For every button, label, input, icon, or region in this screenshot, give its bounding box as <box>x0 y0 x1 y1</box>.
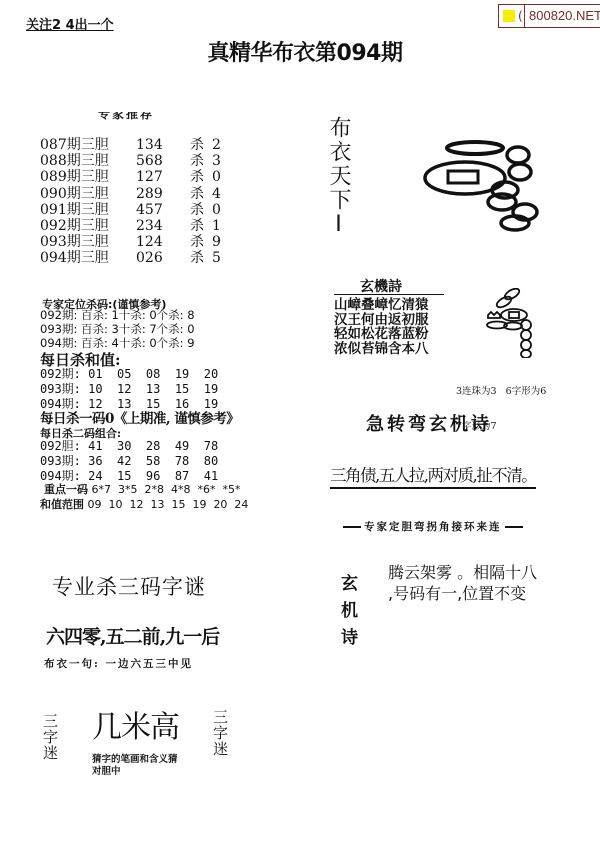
daily-two-row: 092胆: 41 30 28 49 78 <box>40 439 218 454</box>
buyi-vertical-title: 布衣天下I <box>326 116 350 239</box>
dan-row: 088期三胆568杀3 <box>40 153 221 169</box>
daily-sum-row: 093期: 10 12 13 15 19 <box>40 382 218 397</box>
dash-divider <box>343 526 361 528</box>
riddle-text: 六四零,五二前,九一后 <box>46 622 219 649</box>
right-vertical-label: 三字迷 <box>212 709 228 757</box>
xuanji-vertical-title: 玄机诗 <box>336 574 358 655</box>
poem-divider <box>334 294 444 295</box>
daily-sum-row: 092期: 01 05 08 19 20 <box>40 367 218 382</box>
sum-range: 和值范围 09 10 12 13 15 19 20 24 <box>40 496 248 512</box>
daily-sum-kill-list: 092期: 01 05 08 19 20 093期: 10 12 13 15 1… <box>40 367 218 412</box>
dan-row: 093期三胆124杀9 <box>40 234 221 250</box>
site-url[interactable]: 800820.NET <box>524 5 600 27</box>
kill-position-row: 092期: 百杀: 1十杀: 0个杀: 8 <box>40 308 195 322</box>
poem-line: 浓似苔锦含本八 <box>334 342 429 357</box>
poem-line: 山嶂叠嶂忆清猿 <box>334 298 429 313</box>
three-dan-list: 087期三胆134杀2 088期三胆568杀3 089期三胆127杀0 090期… <box>40 137 221 267</box>
daily-one-kill: 每日杀一码0《上期准, 谨慎参考》 <box>40 407 239 427</box>
poem-title: 玄機詩 <box>360 276 402 296</box>
kill-position-row: 094期: 百杀: 4十杀: 0个杀: 9 <box>40 336 195 350</box>
xuanji-poem: 腾云架雾 。相隔十八 ,号码有一,位置不变 <box>388 562 537 604</box>
daily-two-row: 093期: 36 42 58 78 80 <box>40 454 218 469</box>
dan-row: 092期三胆234杀1 <box>40 218 221 234</box>
dan-row: 090期三胆289杀4 <box>40 186 221 202</box>
pro-riddle-title: 专业杀三码字谜 <box>52 571 206 601</box>
poem-line: 汉王何由返初服 <box>334 313 429 328</box>
coin-chain-icon <box>410 140 560 240</box>
expert-heading: 专家推荐 <box>98 112 154 122</box>
expert-note: 专家定胆弯拐角接环来连 <box>340 519 526 534</box>
page-title: 真精华布衣第094期 <box>200 36 410 67</box>
dan-row: 094期三胆026杀5 <box>40 250 221 266</box>
bead-chain-icon <box>484 288 554 358</box>
poem-line: 轻如松花落蓝粉 <box>334 327 429 342</box>
poem-lines: 山嶂叠嶂忆清猿 汉王何由返初服 轻如松花落蓝粉 浓似苔锦含本八 <box>334 298 429 356</box>
key-one-code: 重点一码 6*7 3*5 2*8 4*8 *6* *5* <box>44 481 240 497</box>
key-one-values: 6*7 3*5 2*8 4*8 *6* *5* <box>88 483 240 496</box>
big-riddle-hint: 猜字的笔画和含义猜对胆中 <box>92 754 182 778</box>
buyi-line: 布衣一句: 一边六五三中见 <box>44 656 193 671</box>
expert-note-text: 专家定胆弯拐角接环来连 <box>364 521 502 533</box>
left-vertical-label: 三字迷 <box>42 713 58 761</box>
daily-two-kill-list: 092胆: 41 30 28 49 78 093期: 36 42 58 78 8… <box>40 439 218 484</box>
big-riddle: 几米高 <box>92 702 179 746</box>
yellow-square-icon <box>503 10 515 22</box>
site-badge[interactable]: ( 800820.NET <box>498 4 600 28</box>
dan-row: 091期三胆457杀0 <box>40 202 221 218</box>
dash-divider <box>505 526 523 528</box>
urgent-poem-title: 急转弯玄机诗 <box>366 410 492 436</box>
follow-note: 关注2 4出一个 <box>26 14 114 33</box>
xuanji-line: ,号码有一,位置不变 <box>388 583 537 604</box>
kill-position-row: 093期: 百杀: 3十杀: 7个杀: 0 <box>40 322 195 336</box>
kill-position-list: 092期: 百杀: 1十杀: 0个杀: 8 093期: 百杀: 3十杀: 7个杀… <box>40 308 195 350</box>
dan-row: 089期三胆127杀0 <box>40 169 221 185</box>
dan-row: 087期三胆134杀2 <box>40 137 221 153</box>
xuanji-line: 腾云架雾 。相隔十八 <box>388 562 537 583</box>
sum-range-values: 09 10 12 13 15 19 20 24 <box>84 498 248 511</box>
sum-range-label: 和值范围 <box>40 498 84 511</box>
triangle-line: 三角债,五人拉,两对质,扯不清。 <box>330 462 536 489</box>
key-one-label: 重点一码 <box>44 483 88 496</box>
bead-note-line: 3连珠为3 6字形为6 <box>456 386 546 398</box>
